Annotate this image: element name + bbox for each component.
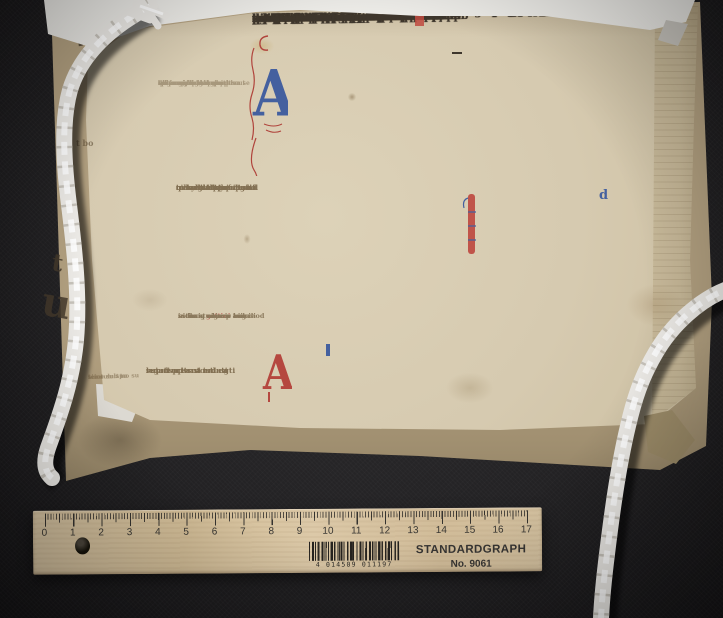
ruler-number: 16 (492, 524, 503, 535)
ruler-number: 0 (42, 528, 48, 539)
barcode (309, 541, 399, 561)
ruler-number: 1 (70, 527, 76, 538)
barcode-digits: 4 014509 011197 (303, 560, 405, 569)
ruler-number: 4 (155, 527, 161, 538)
weight-cord-left (45, 2, 166, 483)
manuscript-photo-scene: t u nos epo mich mandauit u uorad id et … (0, 0, 723, 618)
ruler-number: 6 (212, 526, 218, 537)
ruler-number: 12 (379, 525, 390, 536)
ruler-number: 2 (98, 527, 104, 538)
ruler-number: 15 (464, 525, 475, 536)
ruler-number: 13 (407, 525, 418, 536)
ruler-number: 11 (351, 525, 361, 536)
ruler-hang-hole (75, 537, 90, 554)
ruler-number: 8 (268, 526, 274, 537)
ruler-number: 10 (322, 526, 333, 537)
ruler-brand-label: STANDARDGRAPH (405, 543, 537, 556)
ruler-number: 5 (183, 527, 189, 538)
ruler-number: 9 (297, 526, 303, 537)
ruler-number: 14 (436, 525, 447, 536)
ruler-number: 3 (127, 527, 133, 538)
ruler-numbers: 01234567891011121314151617 (44, 524, 528, 539)
ruler-number: 7 (240, 526, 246, 537)
wooden-ruler: 01234567891011121314151617 4 014509 0111… (33, 507, 542, 575)
weight-cord-right (601, 290, 723, 618)
ruler-number: 17 (521, 524, 532, 535)
ruler-model-label: No. 9061 (405, 558, 537, 570)
